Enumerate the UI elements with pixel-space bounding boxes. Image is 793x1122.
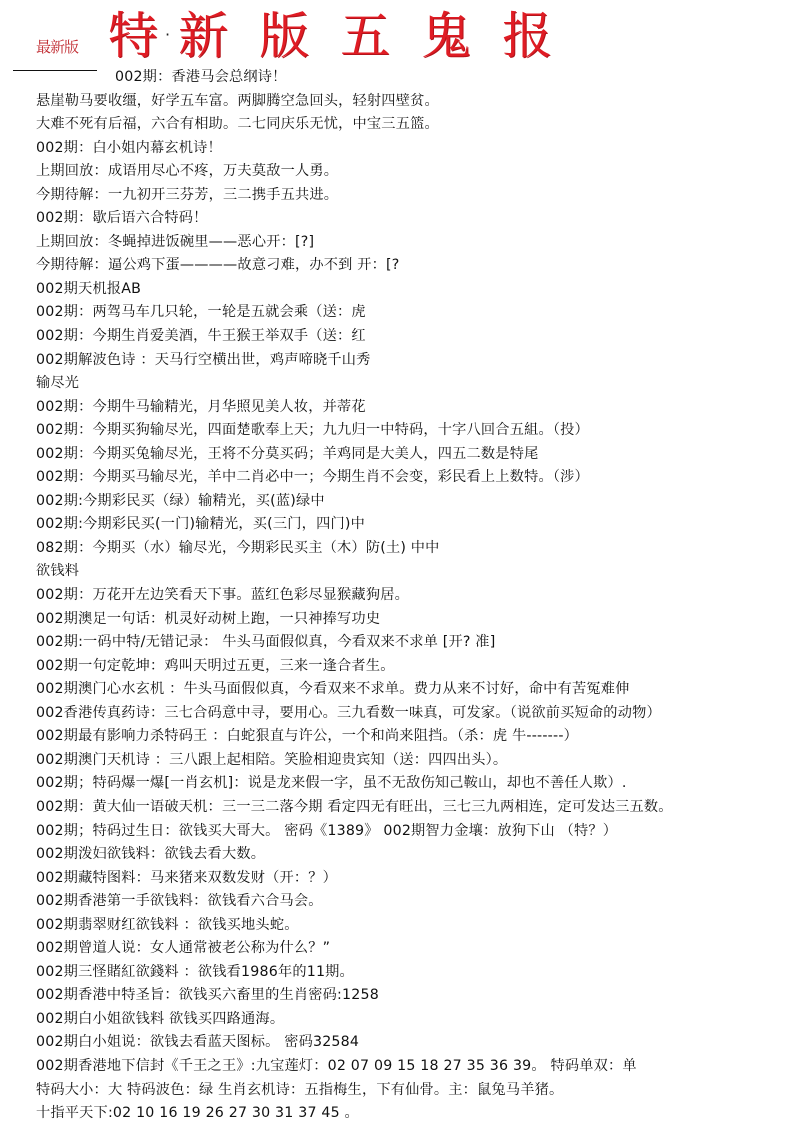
text-line: 特码大小：大 特码波色：绿 生肖玄机诗：五指梅生，下有仙骨。主：鼠兔马羊猪。 xyxy=(0,1079,793,1103)
text-line: 002期：黄大仙一语破天机：三一三二落今期 看定四无有旺出，三七三九两相连，定可… xyxy=(0,796,793,820)
text-line: 002期曾道人说：女人通常被老公称为什么？” xyxy=(0,937,793,961)
text-line: 002期：白小姐内幕玄机诗！ xyxy=(0,137,793,161)
text-line: 002期：两驾马车几只轮，一轮是五就会乘（送：虎 xyxy=(0,301,450,325)
text-line: 002期澳足一句话：机灵好动树上跑，一只神捧写功史 xyxy=(0,608,793,632)
title-char: 鬼 xyxy=(421,6,471,66)
text-line: 002期：歇后语六合特码！ xyxy=(0,207,793,231)
text-line: 002期最有影响力杀特码王 ：白蛇狠直与许公，一个和尚来阻挡。（杀：虎 牛---… xyxy=(0,725,793,749)
text-line: 002期：今期牛马输精光，月华照见美人妆，并蒂花 xyxy=(0,396,793,420)
text-line: 002香港传真药诗：三七合码意中寻，要用心。三九看数一味真，可发家。（说欲前买短… xyxy=(0,702,793,726)
text-line: 002期一句定乾坤：鸡叫天明过五更，三来一逢合者生。 xyxy=(0,655,793,679)
text-line: 002期白小姐说：欲钱去看蓝天图标。 密码32584 xyxy=(0,1031,793,1055)
text-line: 002期；特码爆一爆[一肖玄机]：说是龙来假一字，虽不无敌伤知己鞍山，却也不善任… xyxy=(0,772,793,796)
title-char: 五 xyxy=(340,6,390,66)
page-title: 特 · 新 版 五 鬼 报 xyxy=(108,2,583,66)
text-line: 002期香港地下信封《千王之王》:九宝莲灯：02 07 09 15 18 27 … xyxy=(0,1055,793,1079)
text-line: 今期待解：逼公鸡下蛋————故意刁难，办不到 开：[? xyxy=(0,254,793,278)
text-line: 002期:今期彩民买(一门)输精光，买(三门，四门)中 xyxy=(0,513,793,537)
title-char: 报 xyxy=(502,6,552,66)
text-line: 今期待解：一九初开三芬芳，三二携手五共进。 xyxy=(0,184,793,208)
title-char: 特 xyxy=(108,6,158,66)
text-line: 002期：今期生肖爱美酒，牛王猴王举双手（送：红 xyxy=(0,325,450,349)
latest-edition-badge: 最新版 xyxy=(36,36,78,57)
title-dot: · xyxy=(165,25,170,44)
text-line: 002期：万花开左边笑看天下事。蓝红色彩尽显猴藏狗居。 xyxy=(0,584,793,608)
title-char: 新 xyxy=(178,6,228,66)
text-line: 002期翡翠财红欲钱料 ：欲钱买地头蛇。 xyxy=(0,914,793,938)
text-line: 002期；特码过生日：欲钱买大哥大。 密码《1389》 002期智力金壤：放狗下… xyxy=(0,820,793,844)
text-line: 002期澳门心水玄机 ：牛头马面假似真，今看双来不求单。费力从来不讨好，命中有苦… xyxy=(0,678,793,702)
page-header: 最新版 特 · 新 版 五 鬼 报 xyxy=(0,0,793,70)
text-line: 002期香港中特圣旨：欲钱买六畜里的生肖密码:1258 xyxy=(0,984,793,1008)
text-line: 002期：今期买马输尽光，羊中二肖必中一；今期生肖不会变，彩民看上上数特。（涉） xyxy=(0,466,793,490)
text-line: 002期香港第一手欲钱料：欲钱看六合马会。 xyxy=(0,890,793,914)
text-line: 002期泼妇欲钱料：欲钱去看大数。 xyxy=(0,843,793,867)
section-heading: 欲钱料 xyxy=(0,560,793,584)
text-line: 002期解波色诗 ：天马行空横出世，鸡声啼晓千山秀 xyxy=(0,349,450,373)
text-line: 大难不死有后福，六合有相助。二七同庆乐无忧，中宝三五篮。 xyxy=(0,113,793,137)
content-lines: 002期：香港马会总纲诗！ 悬崖勒马要收缰，好学五车富。两脚腾空急回头，轻射四壁… xyxy=(0,66,793,1122)
text-line: 002期:今期彩民买（绿）输精光，买(蓝)绿中 xyxy=(0,490,793,514)
text-line: 002期：今期买狗输尽光，四面楚歌奉上天；九九归一中特码，十字八回合五組。（投） xyxy=(0,419,793,443)
text-line: 002期三怪賭紅欲錢料 ：欲钱看1986年的11期。 xyxy=(0,961,793,985)
text-line: 悬崖勒马要收缰，好学五车富。两脚腾空急回头，轻射四壁贫。 xyxy=(0,90,793,114)
text-line: 十指平天下:02 10 16 19 26 27 30 31 37 45 。 xyxy=(0,1102,793,1122)
text-line: 002期:一码中特/无错记录： 牛头马面假似真，今看双来不求单 [开? 准] xyxy=(0,631,793,655)
text-line: 002期：今期买兔输尽光，王将不分莫买码；羊鸡同是大美人，四五二数是特尾 xyxy=(0,443,793,467)
text-line: 上期回放：冬蝇掉进饭碗里——恶心开：[?] xyxy=(0,231,793,255)
section-heading: 输尽光 xyxy=(0,372,793,396)
text-line: 上期回放：成语用尽心不疼，万夫莫敌一人勇。 xyxy=(0,160,793,184)
text-line: 002期澳门天机诗 ：三八跟上起相陪。笑脸相迎贵宾知（送：四四出头）。 xyxy=(0,749,793,773)
text-line: 002期白小姐欲钱料 欲钱买四路通海。 xyxy=(0,1008,793,1032)
text-line: 002期藏特图料：马来猪来双数发财（开：？） xyxy=(0,867,793,891)
text-line: 082期：今期买（水）输尽光，今期彩民买主（木）防(土) 中中 xyxy=(0,537,793,561)
text-line: 002期天机报AB xyxy=(0,278,793,302)
title-char: 版 xyxy=(259,6,309,66)
text-line: 002期：香港马会总纲诗！ xyxy=(0,66,793,90)
